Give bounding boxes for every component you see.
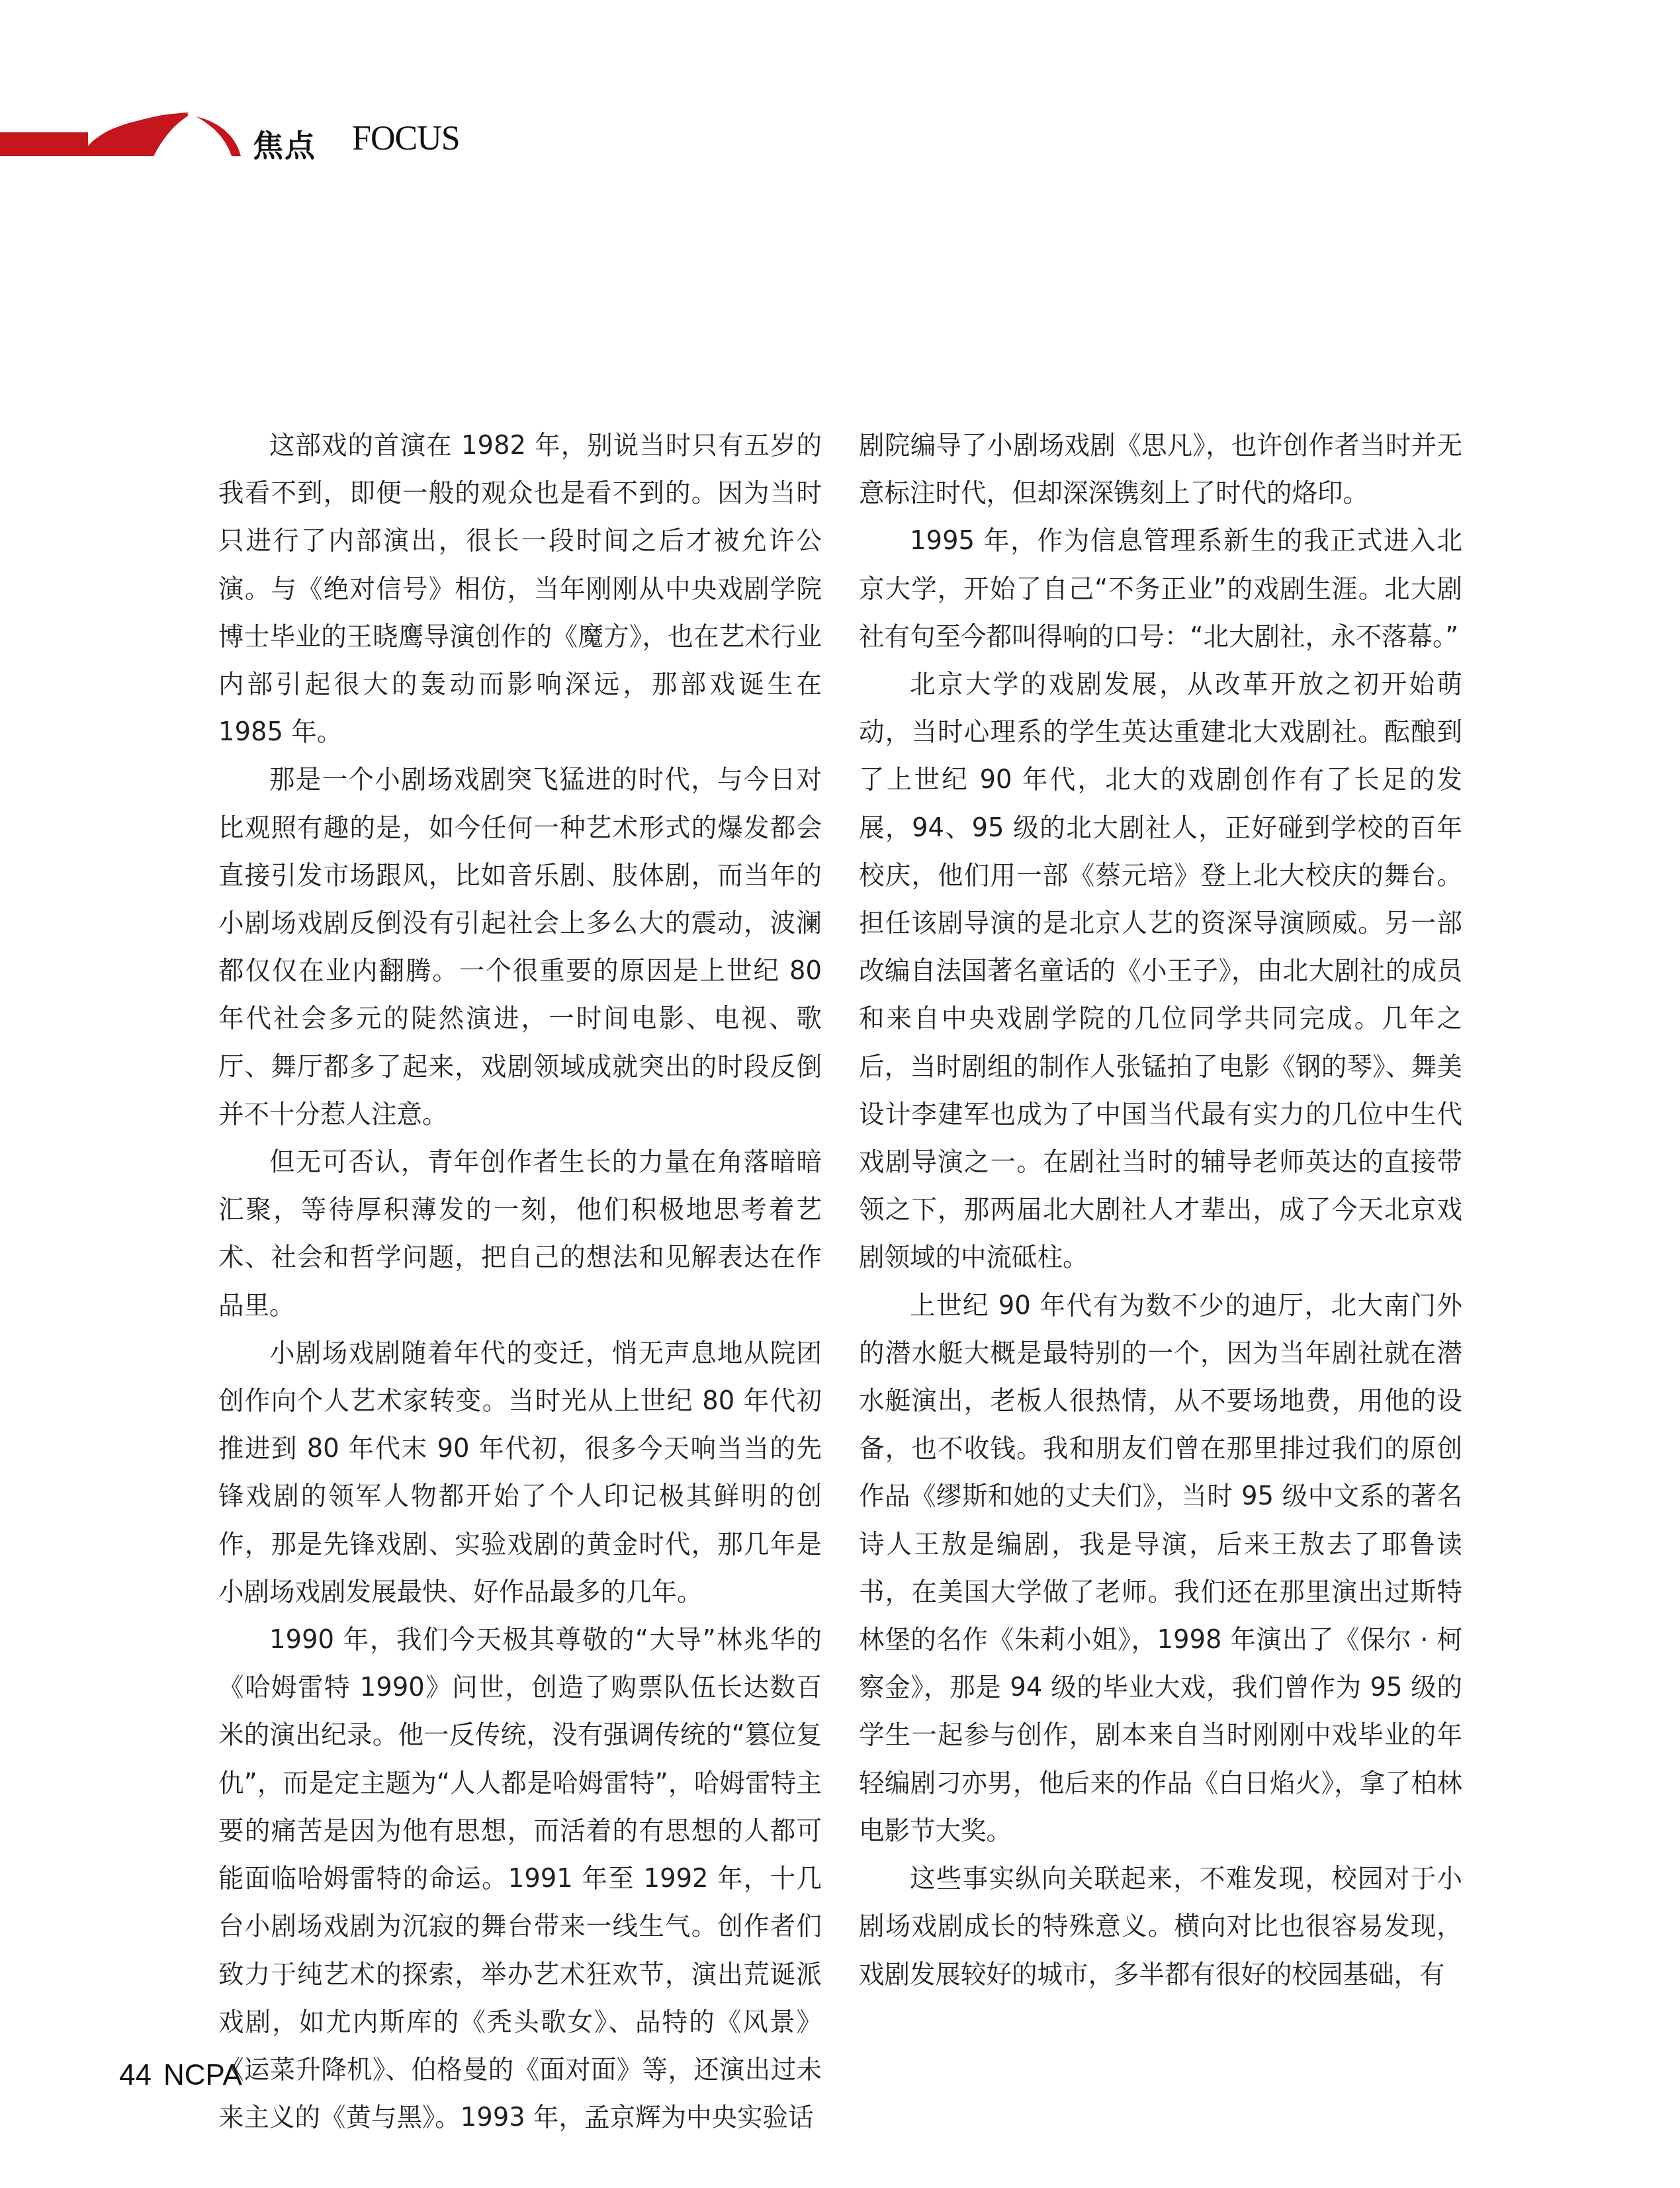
paragraph-continued: 剧院编导了小剧场戏剧《思凡》，也许创作者当时并无意标注时代，但却深深镌刻上了时代…: [859, 422, 1462, 517]
paragraph: 这些事实纵向关联起来，不难发现，校园对于小剧场戏剧成长的特殊意义。横向对比也很容…: [859, 1855, 1462, 1999]
paragraph: 北京大学的戏剧发展，从改革开放之初开始萌动，当时心理系的学生英达重建北大戏剧社。…: [859, 661, 1462, 1282]
article-column-right: 剧院编导了小剧场戏剧《思凡》，也许创作者当时并无意标注时代，但却深深镌刻上了时代…: [859, 422, 1462, 1999]
page-number: 44: [119, 2059, 152, 2091]
paragraph: 但无可否认，青年创作者生长的力量在角落暗暗汇聚，等待厚积薄发的一刻，他们积极地思…: [218, 1139, 822, 1330]
paragraph: 小剧场戏剧随着年代的变迁，悄无声息地从院团创作向个人艺术家转变。当时光从上世纪 …: [218, 1330, 822, 1616]
section-title-cn: 焦点: [253, 122, 316, 165]
page-footer: 44NCPA: [119, 2059, 254, 2092]
section-header: 焦点 FOCUS: [0, 112, 503, 165]
section-title-en: FOCUS: [352, 119, 460, 158]
paragraph: 1995 年，作为信息管理系新生的我正式进入北京大学，开始了自己“不务正业”的戏…: [859, 517, 1462, 661]
paragraph: 那是一个小剧场戏剧突飞猛进的时代，与今日对比观照有趣的是，如今任何一种艺术形式的…: [218, 756, 822, 1139]
paragraph: 这部戏的首演在 1982 年，别说当时只有五岁的我看不到，即便一般的观众也是看不…: [218, 422, 822, 756]
paragraph: 上世纪 90 年代有为数不少的迪厅，北大南门外的潜水艇大概是最特别的一个，因为当…: [859, 1282, 1462, 1855]
article-column-left: 这部戏的首演在 1982 年，别说当时只有五岁的我看不到，即便一般的观众也是看不…: [218, 422, 822, 2142]
paragraph: 1990 年，我们今天极其尊敬的“大导”林兆华的《哈姆雷特 1990》问世，创造…: [218, 1616, 822, 2142]
publication-name: NCPA: [163, 2059, 242, 2091]
